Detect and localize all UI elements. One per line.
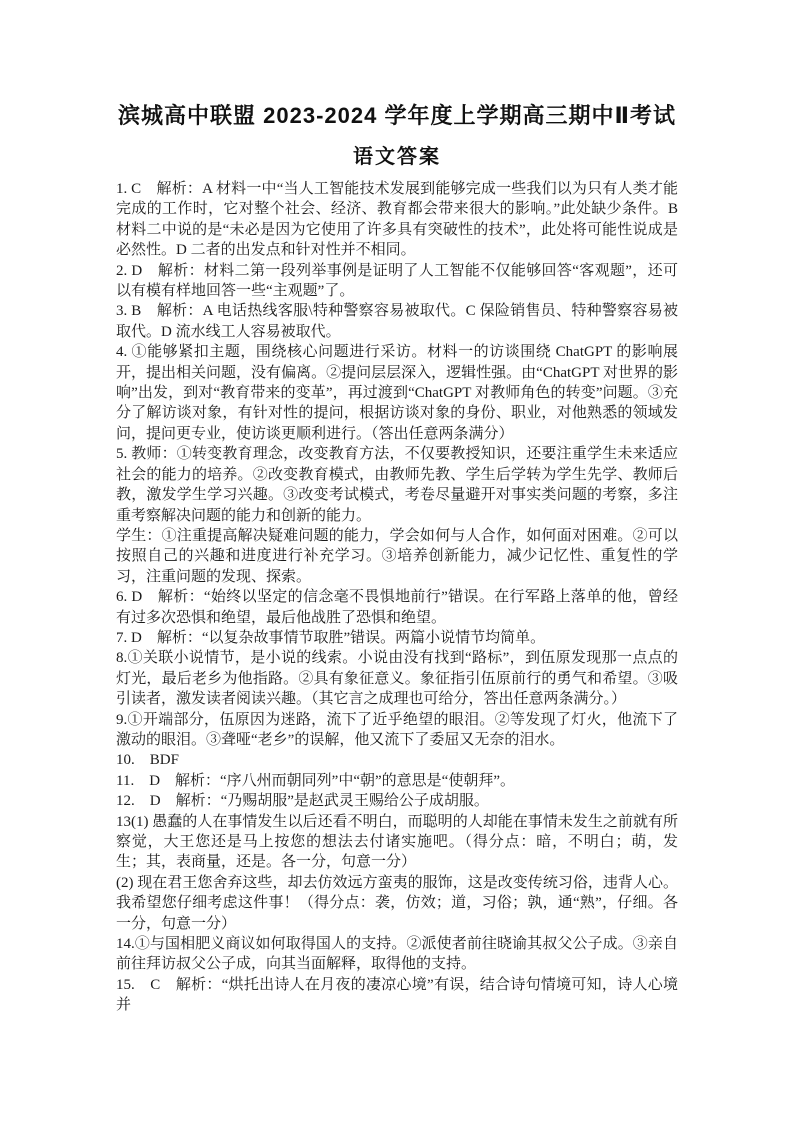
answer-key-body: 1. C 解析：A 材料一中“当人工智能技术发展到能够完成一些我们以为只有人类才…: [116, 179, 678, 1016]
answer-item-9: 9.①开端部分，伍原因为迷路，流下了近乎绝望的眼泪。②等发现了灯火，他流下了激动…: [116, 710, 678, 751]
answer-item-13-1: 13(1) 愚蠢的人在事情发生以后还看不明白，而聪明的人却能在事情未发生之前就有…: [116, 812, 678, 873]
answer-item-1: 1. C 解析：A 材料一中“当人工智能技术发展到能够完成一些我们以为只有人类才…: [116, 179, 678, 261]
document-title: 滨城高中联盟 2023-2024 学年度上学期高三期中Ⅱ考试: [0, 0, 794, 132]
answer-item-4: 4. ①能够紧扣主题，围绕核心问题进行采访。材料一的访谈围绕 ChatGPT 的…: [116, 342, 678, 444]
answer-item-13-2: (2) 现在君王您舍弃这些，却去仿效远方蛮夷的服饰，这是改变传统习俗，违背人心。…: [116, 873, 678, 934]
answer-item-6: 6. D 解析：“始终以坚定的信念毫不畏惧地前行”错误。在行军路上落单的他，曾经…: [116, 587, 678, 628]
answer-item-5-teacher: 5. 教师：①转变教育理念，改变教育方法，不仅要教授知识，还要注重学生未来适应社…: [116, 444, 678, 526]
answer-item-5-student: 学生：①注重提高解决疑难问题的能力，学会如何与人合作，如何面对困难。②可以按照自…: [116, 526, 678, 587]
answer-item-10: 10. BDF: [116, 750, 678, 770]
answer-item-12: 12. D 解析：“乃赐胡服”是赵武灵王赐给公子成胡服。: [116, 791, 678, 811]
answer-item-2: 2. D 解析：材料二第一段列举事例是证明了人工智能不仅能够回答“客观题”，还可…: [116, 261, 678, 302]
answer-item-7: 7. D 解析：“以复杂故事情节取胜”错误。两篇小说情节均简单。: [116, 628, 678, 648]
document-subtitle: 语文答案: [0, 144, 794, 170]
answer-item-8: 8.①关联小说情节，是小说的线索。小说由没有找到“路标”，到伍原发现那一点点的灯…: [116, 648, 678, 709]
document-page: 滨城高中联盟 2023-2024 学年度上学期高三期中Ⅱ考试 语文答案 1. C…: [0, 0, 794, 1123]
answer-item-11: 11. D 解析：“序八州而朝同列”中“朝”的意思是“使朝拜”。: [116, 771, 678, 791]
answer-item-15: 15. C 解析：“烘托出诗人在月夜的凄凉心境”有误，结合诗句情境可知，诗人心境…: [116, 975, 678, 1016]
answer-item-14: 14.①与国相肥义商议如何取得国人的支持。②派使者前往晓谕其叔父公子成。③亲自前…: [116, 934, 678, 975]
answer-item-3: 3. B 解析：A 电话热线客服\特种警察容易被取代。C 保险销售员、特种警察容…: [116, 301, 678, 342]
